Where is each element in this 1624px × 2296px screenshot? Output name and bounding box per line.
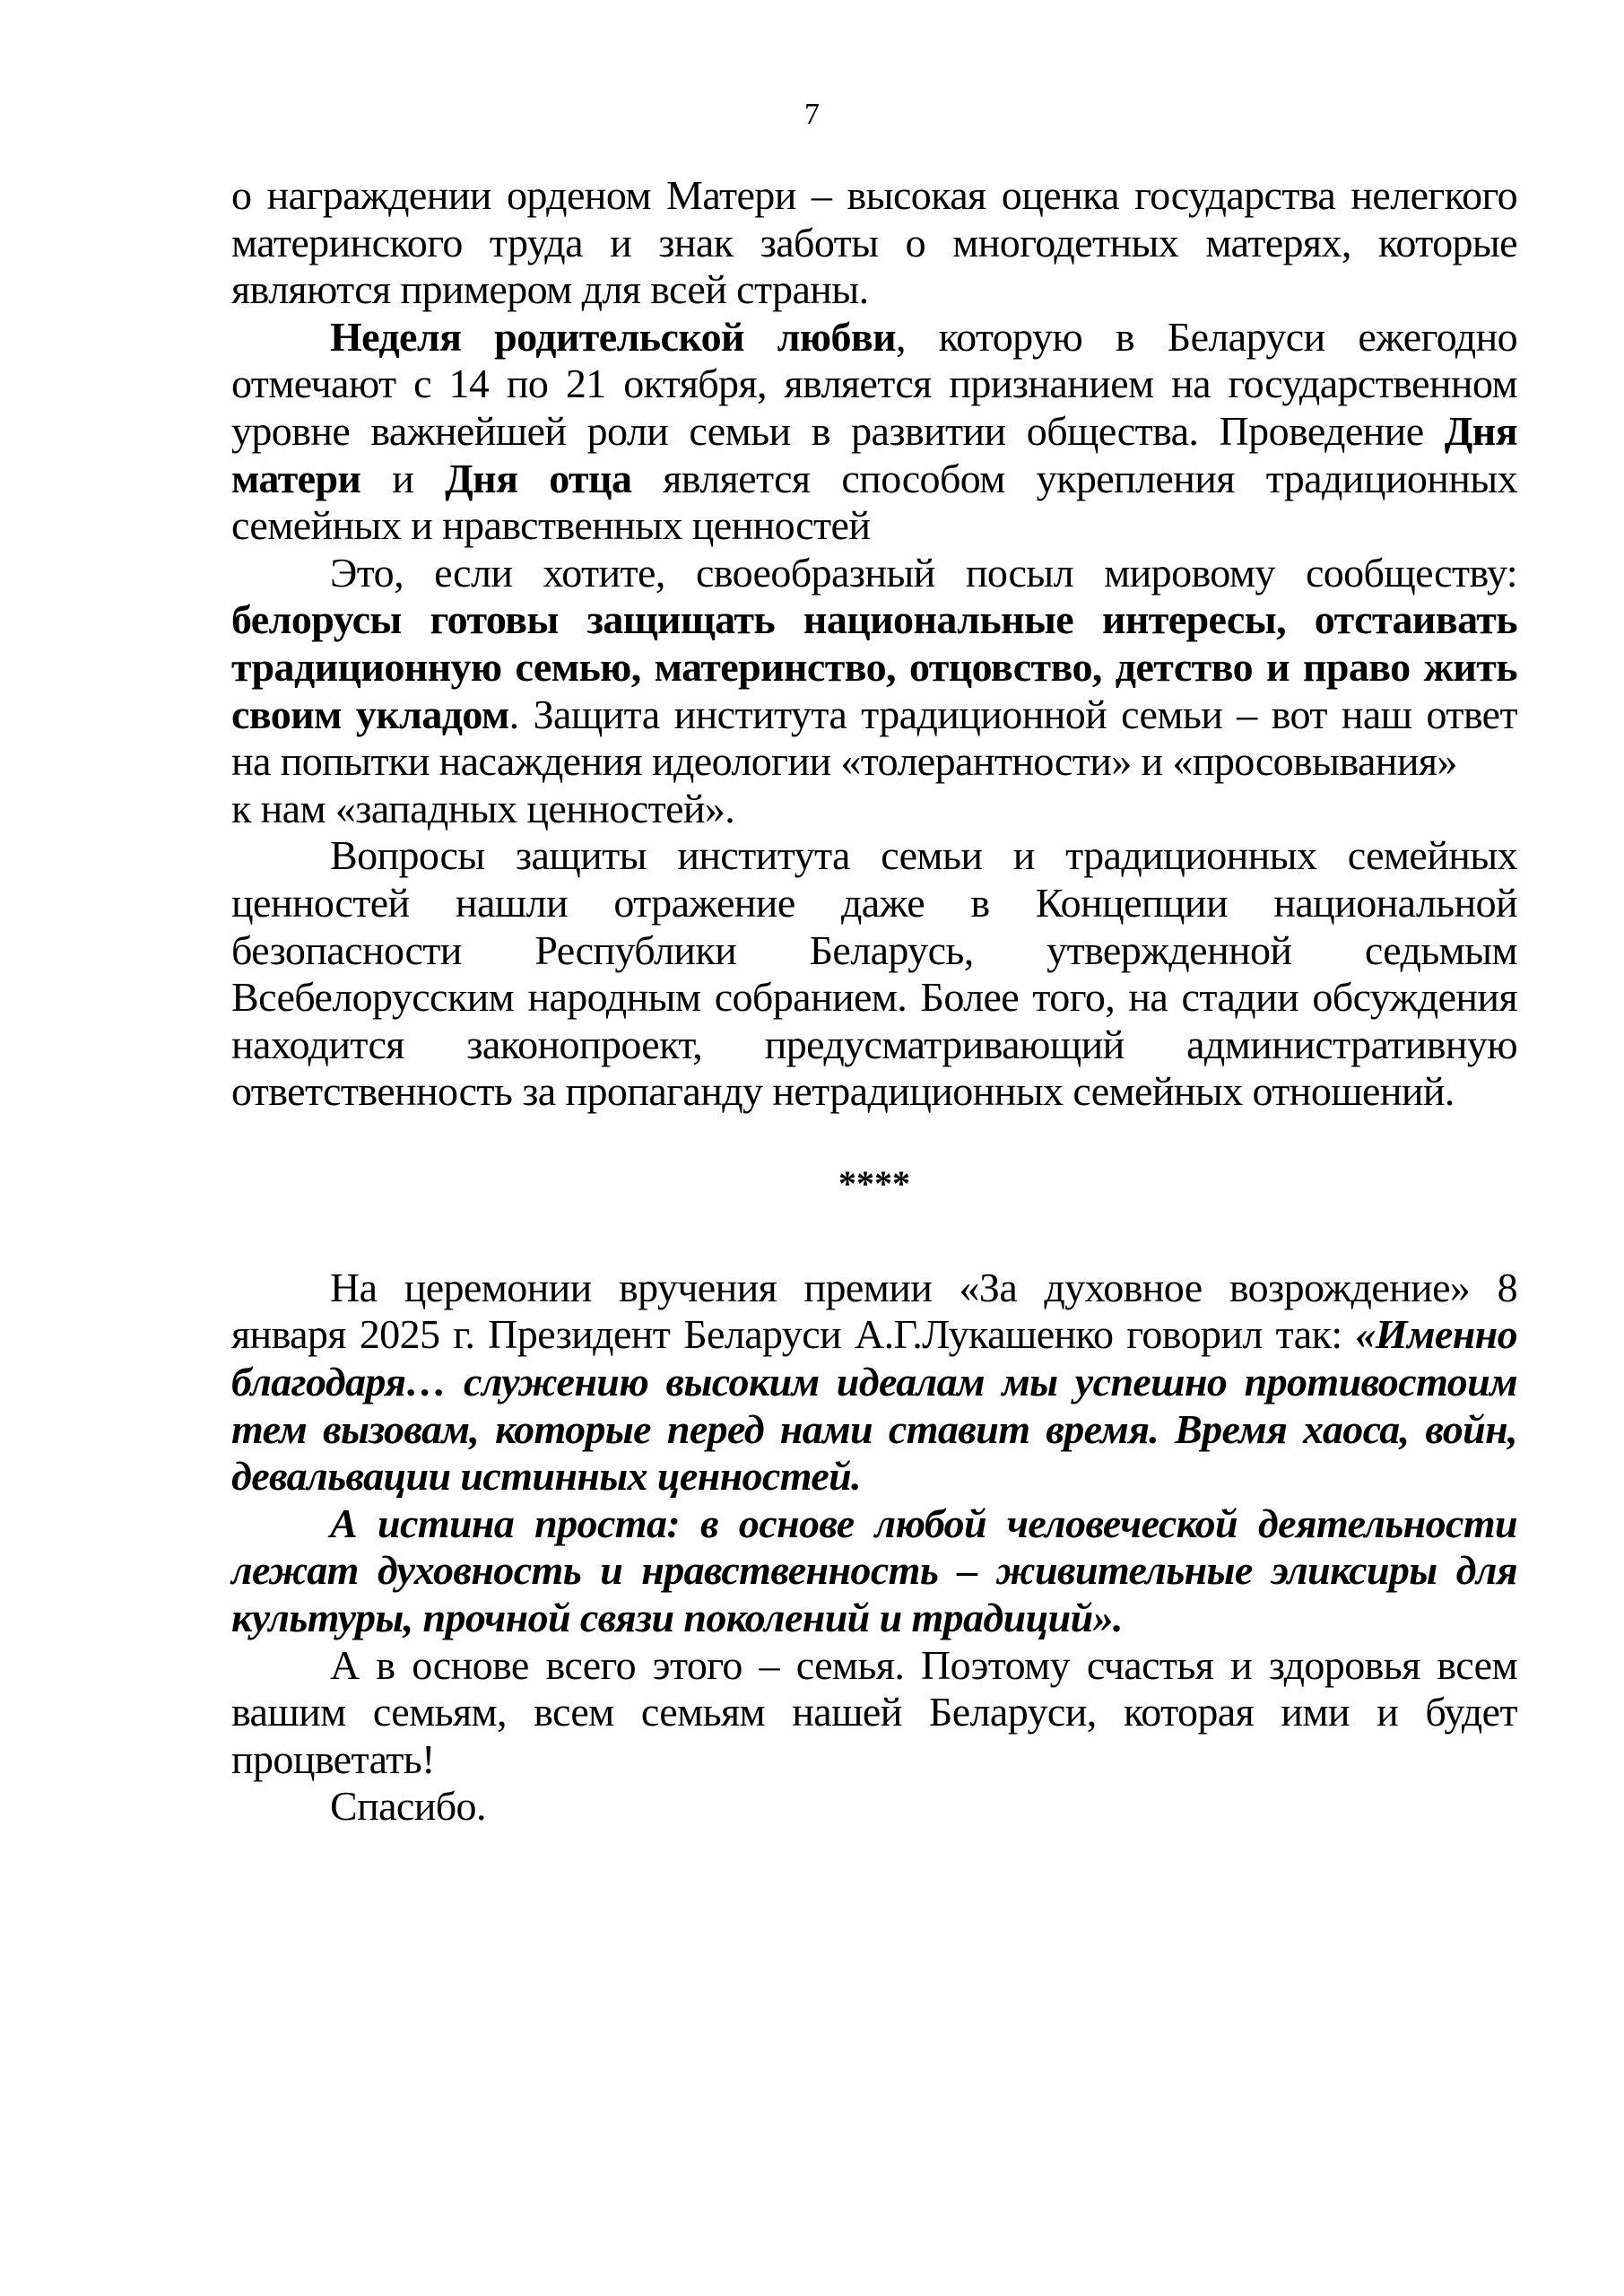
text-run-bold: Неделя родительской любви <box>330 314 896 360</box>
paragraph-order-of-mother: о награждении орденом Матери – высокая о… <box>231 172 1517 314</box>
text-run: Спасибо. <box>330 1783 486 1829</box>
paragraph-thanks: Спасибо. <box>231 1783 1517 1831</box>
paragraph-family-wishes: А в основе всего этого – семья. Поэтому … <box>231 1642 1517 1784</box>
text-run: А в основе всего этого – семья. Поэтому … <box>231 1642 1517 1782</box>
page-number: 7 <box>0 97 1624 133</box>
text-run-bold-italic: А истина проста: в основе любой человече… <box>231 1500 1517 1640</box>
paragraph-national-security-concept: Вопросы защиты института семьи и традици… <box>231 832 1517 1116</box>
paragraph-western-values: к нам «западных ценностей». <box>231 786 1517 833</box>
text-run: Вопросы защиты института семьи и традици… <box>231 832 1517 1114</box>
document-page: 7 о награждении орденом Матери – высокая… <box>0 0 1624 2296</box>
text-run: Это, если хотите, своеобразный посыл мир… <box>330 550 1517 596</box>
text-run: и <box>360 456 445 501</box>
text-run: о награждении орденом Матери – высокая о… <box>231 172 1517 312</box>
paragraph-parental-love-week: Неделя родительской любви, которую в Бел… <box>231 314 1517 550</box>
paragraph-message-to-world: Это, если хотите, своеобразный посыл мир… <box>231 550 1517 786</box>
text-run-bold: Дня отца <box>445 456 631 501</box>
paragraph-ceremony-quote: На церемонии вручения премии «За духовно… <box>231 1265 1517 1500</box>
document-body: о награждении орденом Матери – высокая о… <box>231 172 1517 1831</box>
paragraph-truth-is-simple: А истина проста: в основе любой человече… <box>231 1500 1517 1642</box>
text-run: На церемонии вручения премии «За духовно… <box>231 1265 1517 1358</box>
section-separator: **** <box>231 1166 1517 1202</box>
text-run: к нам «западных ценностей». <box>231 786 734 831</box>
